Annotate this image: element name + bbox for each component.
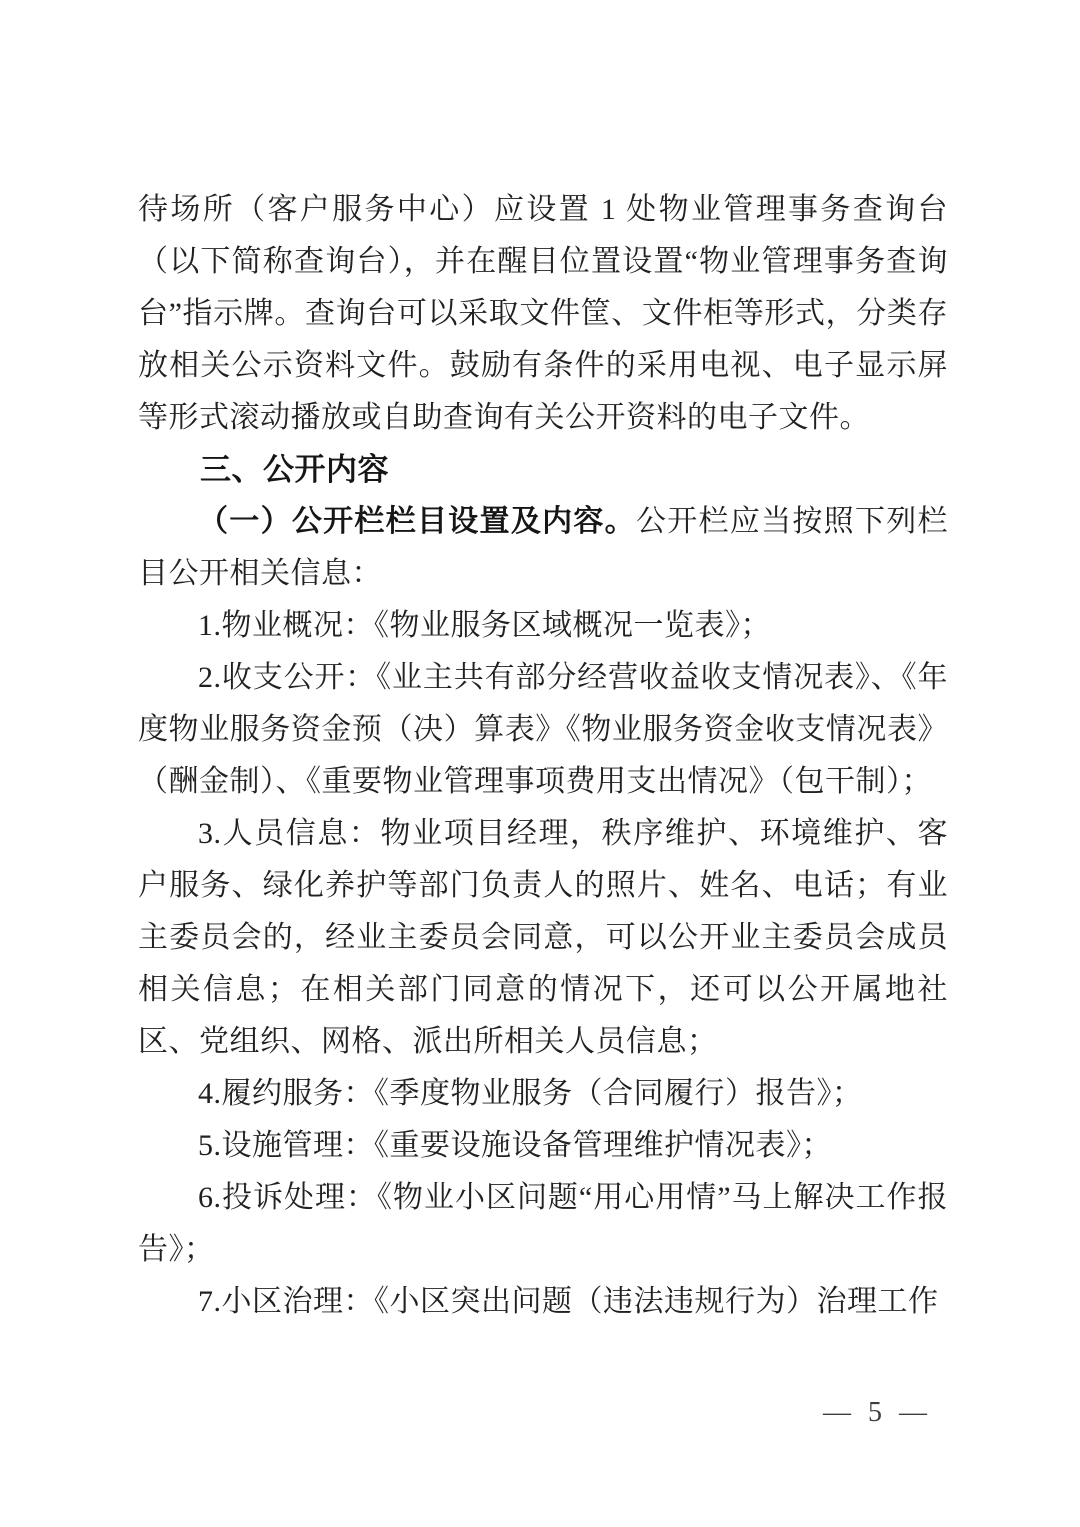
section-heading: 三、公开内容	[138, 444, 948, 496]
text-run: 6.投诉处理：《物业小区问题“用心用情”马上解决工作报告》；	[138, 1181, 948, 1266]
paragraph: 2.收支公开：《业主共有部分经营收益收支情况表》、《年度物业服务资金预（决）算表…	[138, 652, 948, 808]
document-body: 待场所（客户服务中心）应设置 1 处物业管理事务查询台（以下简称查询台），并在醒…	[138, 184, 948, 1328]
paragraph: 7.小区治理：《小区突出问题（违法违规行为）治理工作	[138, 1276, 948, 1328]
text-run: 2.收支公开：《业主共有部分经营收益收支情况表》、《年度物业服务资金预（决）算表…	[138, 661, 948, 798]
paragraph: 3.人员信息：物业项目经理，秩序维护、环境维护、客户服务、绿化养护等部门负责人的…	[138, 808, 948, 1068]
text-run: 3.人员信息：物业项目经理，秩序维护、环境维护、客户服务、绿化养护等部门负责人的…	[138, 817, 948, 1058]
text-run: 4.履约服务：《季度物业服务（合同履行）报告》；	[198, 1077, 863, 1110]
bold-text-run: 三、公开内容	[200, 452, 389, 487]
paragraph: （一）公开栏栏目设置及内容。公开栏应当按照下列栏目公开相关信息：	[138, 496, 948, 600]
paragraph: 4.履约服务：《季度物业服务（合同履行）报告》；	[138, 1068, 948, 1120]
paragraph: 1.物业概况：《物业服务区域概况一览表》；	[138, 600, 948, 652]
paragraph: 待场所（客户服务中心）应设置 1 处物业管理事务查询台（以下简称查询台），并在醒…	[138, 184, 948, 444]
text-run: 待场所（客户服务中心）应设置 1 处物业管理事务查询台（以下简称查询台），并在醒…	[138, 193, 948, 434]
page-number: — 5 —	[815, 1398, 935, 1428]
paragraph: 5.设施管理：《重要设施设备管理维护情况表》；	[138, 1120, 948, 1172]
text-run: 5.设施管理：《重要设施设备管理维护情况表》；	[198, 1129, 832, 1162]
paragraph: 6.投诉处理：《物业小区问题“用心用情”马上解决工作报告》；	[138, 1172, 948, 1276]
document-page: 待场所（客户服务中心）应设置 1 处物业管理事务查询台（以下简称查询台），并在醒…	[0, 0, 1080, 1527]
text-run: 7.小区治理：《小区突出问题（违法违规行为）治理工作	[198, 1285, 939, 1318]
bold-text-run: （一）公开栏栏目设置及内容。	[198, 505, 636, 538]
text-run: 1.物业概况：《物业服务区域概况一览表》；	[198, 609, 771, 642]
